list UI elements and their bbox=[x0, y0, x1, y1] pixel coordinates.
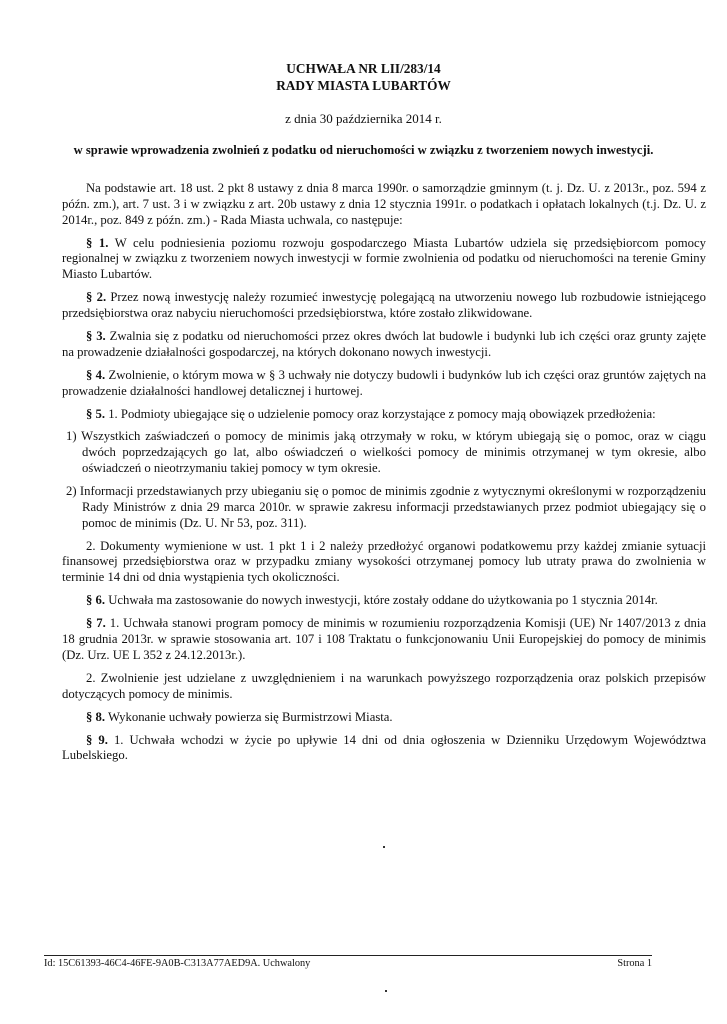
section-label: § 8. bbox=[86, 710, 105, 724]
document-body: Na podstawie art. 18 ust. 2 pkt 8 ustawy… bbox=[62, 181, 706, 771]
document-title: UCHWAŁA NR LII/283/14 RADY MIASTA LUBART… bbox=[0, 60, 727, 94]
section-9: § 9. 1. Uchwała wchodzi w życie po upływ… bbox=[62, 733, 706, 765]
document-date: z dnia 30 października 2014 r. bbox=[0, 111, 727, 127]
section-7-point-2: 2. Zwolnienie jest udzielane z uwzględni… bbox=[62, 671, 706, 703]
section-label: § 9. bbox=[86, 733, 108, 747]
scan-speck bbox=[385, 990, 387, 992]
section-5-item-2: 2) Informacji przedstawianych przy ubieg… bbox=[62, 484, 706, 531]
section-label: § 5. bbox=[86, 407, 105, 421]
section-text: Przez nową inwestycję należy rozumieć in… bbox=[62, 290, 706, 320]
section-text: 1. Uchwała wchodzi w życie po upływie 14… bbox=[62, 733, 706, 763]
section-text: 1. Podmioty ubiegające się o udzielenie … bbox=[105, 407, 656, 421]
section-label: § 6. bbox=[86, 593, 105, 607]
page-footer: Id: 15C61393-46C4-46FE-9A0B-C313A77AED9A… bbox=[44, 958, 652, 969]
council-name: RADY MIASTA LUBARTÓW bbox=[0, 77, 727, 94]
section-1: § 1. W celu podniesienia poziomu rozwoju… bbox=[62, 236, 706, 283]
document-id: Id: 15C61393-46C4-46FE-9A0B-C313A77AED9A… bbox=[44, 958, 310, 969]
section-text: W celu podniesienia poziomu rozwoju gosp… bbox=[62, 236, 706, 282]
section-label: § 1. bbox=[86, 236, 108, 250]
page-number: Strona 1 bbox=[617, 958, 652, 969]
section-text: Zwalnia się z podatku od nieruchomości p… bbox=[62, 329, 706, 359]
section-4: § 4. Zwolnienie, o którym mowa w § 3 uch… bbox=[62, 368, 706, 400]
section-3: § 3. Zwalnia się z podatku od nieruchomo… bbox=[62, 329, 706, 361]
document-subject: w sprawie wprowadzenia zwolnień z podatk… bbox=[20, 143, 707, 158]
section-8: § 8. Wykonanie uchwały powierza się Burm… bbox=[62, 710, 706, 726]
preamble: Na podstawie art. 18 ust. 2 pkt 8 ustawy… bbox=[62, 181, 706, 228]
section-5-item-1: 1) Wszystkich zaświadczeń o pomocy de mi… bbox=[62, 429, 706, 476]
section-text: 1. Uchwała stanowi program pomocy de min… bbox=[62, 616, 706, 662]
section-text: Wykonanie uchwały powierza się Burmistrz… bbox=[105, 710, 393, 724]
section-7: § 7. 1. Uchwała stanowi program pomocy d… bbox=[62, 616, 706, 663]
section-label: § 2. bbox=[86, 290, 106, 304]
section-text: Zwolnienie, o którym mowa w § 3 uchwały … bbox=[62, 368, 706, 398]
document-page: UCHWAŁA NR LII/283/14 RADY MIASTA LUBART… bbox=[0, 0, 727, 1024]
section-6: § 6. Uchwała ma zastosowanie do nowych i… bbox=[62, 593, 706, 609]
section-label: § 4. bbox=[86, 368, 105, 382]
section-5-point-2: 2. Dokumenty wymienione w ust. 1 pkt 1 i… bbox=[62, 539, 706, 586]
section-5: § 5. 1. Podmioty ubiegające się o udziel… bbox=[62, 407, 706, 423]
section-label: § 7. bbox=[86, 616, 106, 630]
footer-divider bbox=[44, 955, 652, 956]
section-text: Uchwała ma zastosowanie do nowych inwest… bbox=[105, 593, 658, 607]
resolution-number: UCHWAŁA NR LII/283/14 bbox=[0, 60, 727, 77]
section-label: § 3. bbox=[86, 329, 106, 343]
scan-speck bbox=[383, 846, 385, 848]
section-2: § 2. Przez nową inwestycję należy rozumi… bbox=[62, 290, 706, 322]
